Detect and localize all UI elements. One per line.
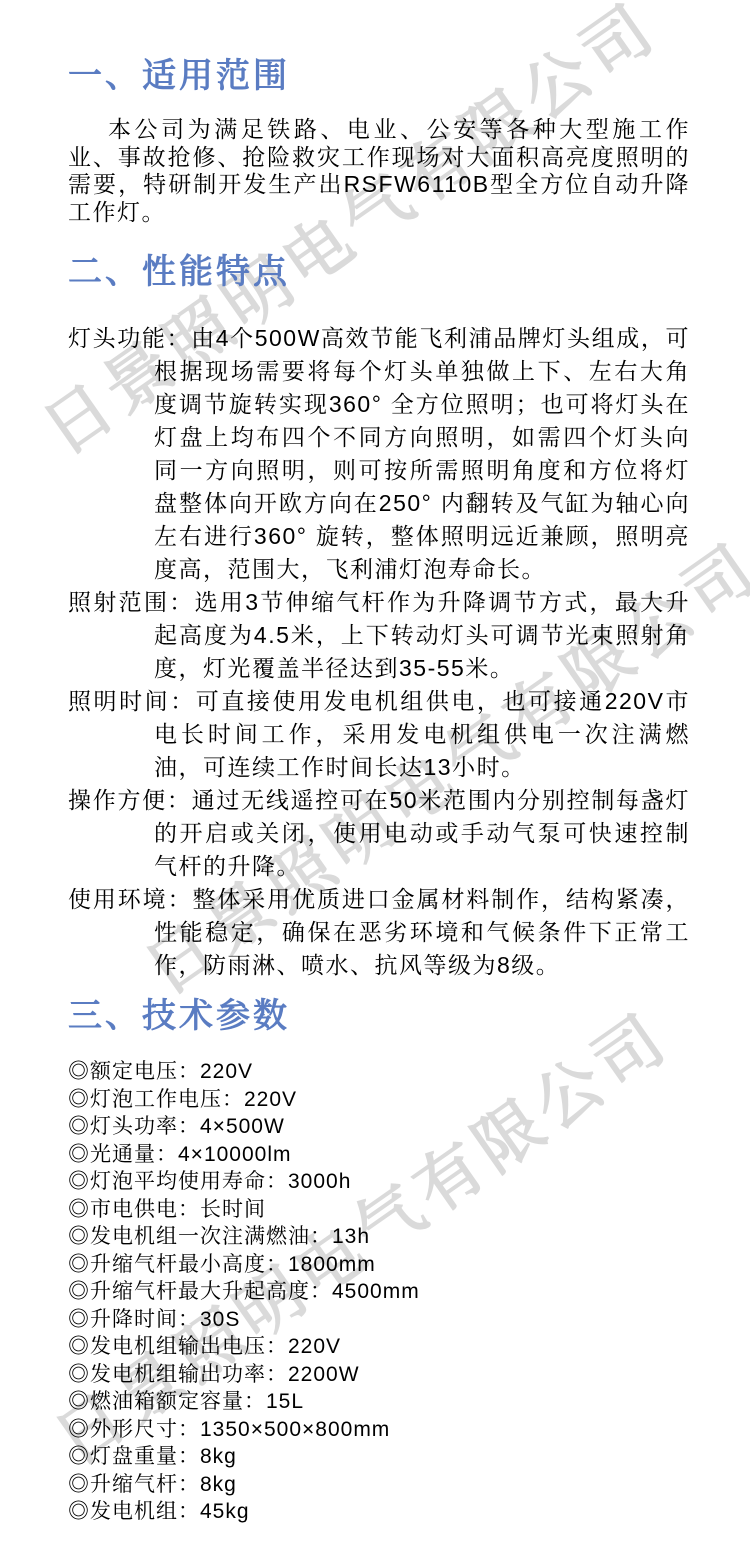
document-content: 一、适用范围 本公司为满足铁路、电业、公安等各种大型施工作业、事故抢修、抢险救灾… <box>0 0 750 1526</box>
spec-item-mast-max-height: ◎升缩气杆最大升起高度：4500mm <box>68 1278 690 1306</box>
feature-item-operating-environment: 使用环境：整体采用优质进口金属材料制作，结构紧凑，性能稳定，确保在恶劣环境和气候… <box>68 883 690 982</box>
specs-list: ◎额定电压：220V ◎灯泡工作电压：220V ◎灯头功率：4×500W ◎光通… <box>68 1058 690 1526</box>
feature-label: 操作方便： <box>68 787 192 813</box>
section-heading-performance-features: 二、性能特点 <box>68 252 690 292</box>
feature-label: 使用环境： <box>68 886 192 912</box>
section-heading-technical-parameters: 三、技术参数 <box>68 996 690 1036</box>
spec-item-overall-dimensions: ◎外形尺寸：1350×500×800mm <box>68 1416 690 1444</box>
feature-item-easy-operation: 操作方便：通过无线遥控可在50米范围内分别控制每盏灯的开启或关闭，使用电动或手动… <box>68 784 690 883</box>
spec-item-lamp-plate-weight: ◎灯盘重量：8kg <box>68 1443 690 1471</box>
spec-item-generator-output-voltage: ◎发电机组输出电压：220V <box>68 1333 690 1361</box>
features-list: 灯头功能：由4个500W高效节能飞利浦品牌灯头组成，可根据现场需要将每个灯头单独… <box>68 322 690 982</box>
feature-label: 照明时间： <box>68 688 196 714</box>
spec-item-rated-voltage: ◎额定电压：220V <box>68 1058 690 1086</box>
spec-item-mast-min-height: ◎升缩气杆最小高度：1800mm <box>68 1251 690 1279</box>
spec-item-mains-power-supply: ◎市电供电：长时间 <box>68 1196 690 1224</box>
spec-item-mast-weight: ◎升缩气杆：8kg <box>68 1471 690 1499</box>
section-heading-scope-of-application: 一、适用范围 <box>68 56 690 96</box>
feature-label: 照射范围： <box>68 589 195 615</box>
feature-label: 灯头功能： <box>68 325 191 351</box>
feature-text: 可直接使用发电机组供电，也可接通220V市电长时间工作，采用发电机组供电一次注满… <box>154 688 690 780</box>
spec-item-bulb-working-voltage: ◎灯泡工作电压：220V <box>68 1086 690 1114</box>
feature-text: 整体采用优质进口金属材料制作，结构紧凑，性能稳定，确保在恶劣环境和气候条件下正常… <box>154 886 690 978</box>
spec-item-generator-output-power: ◎发电机组输出功率：2200W <box>68 1361 690 1389</box>
spec-item-fuel-tank-capacity: ◎燃油箱额定容量：15L <box>68 1388 690 1416</box>
spec-item-bulb-average-life: ◎灯泡平均使用寿命：3000h <box>68 1168 690 1196</box>
spec-item-generator-weight: ◎发电机组：45kg <box>68 1498 690 1526</box>
feature-item-lamp-head-function: 灯头功能：由4个500W高效节能飞利浦品牌灯头组成，可根据现场需要将每个灯头单独… <box>68 322 690 586</box>
spec-item-generator-full-fuel-runtime: ◎发电机组一次注满燃油：13h <box>68 1223 690 1251</box>
feature-text: 选用3节伸缩气杆作为升降调节方式，最大升起高度为4.5米，上下转动灯头可调节光束… <box>154 589 690 681</box>
intro-paragraph: 本公司为满足铁路、电业、公安等各种大型施工作业、事故抢修、抢险救灾工作现场对大面… <box>68 116 690 226</box>
feature-item-lighting-time: 照明时间：可直接使用发电机组供电，也可接通220V市电长时间工作，采用发电机组供… <box>68 685 690 784</box>
feature-text: 由4个500W高效节能飞利浦品牌灯头组成，可根据现场需要将每个灯头单独做上下、左… <box>154 325 690 582</box>
product-description-page: 日景照明电气有限公司 日景照明电气有限公司 日景照明电气有限公司 一、适用范围 … <box>0 0 750 1555</box>
feature-text: 通过无线遥控可在50米范围内分别控制每盏灯的开启或关闭，使用电动或手动气泵可快速… <box>154 787 690 879</box>
spec-item-lift-time: ◎升降时间：30S <box>68 1306 690 1334</box>
spec-item-luminous-flux: ◎光通量：4×10000lm <box>68 1141 690 1169</box>
spec-item-lamp-head-power: ◎灯头功率：4×500W <box>68 1113 690 1141</box>
feature-item-illumination-range: 照射范围：选用3节伸缩气杆作为升降调节方式，最大升起高度为4.5米，上下转动灯头… <box>68 586 690 685</box>
